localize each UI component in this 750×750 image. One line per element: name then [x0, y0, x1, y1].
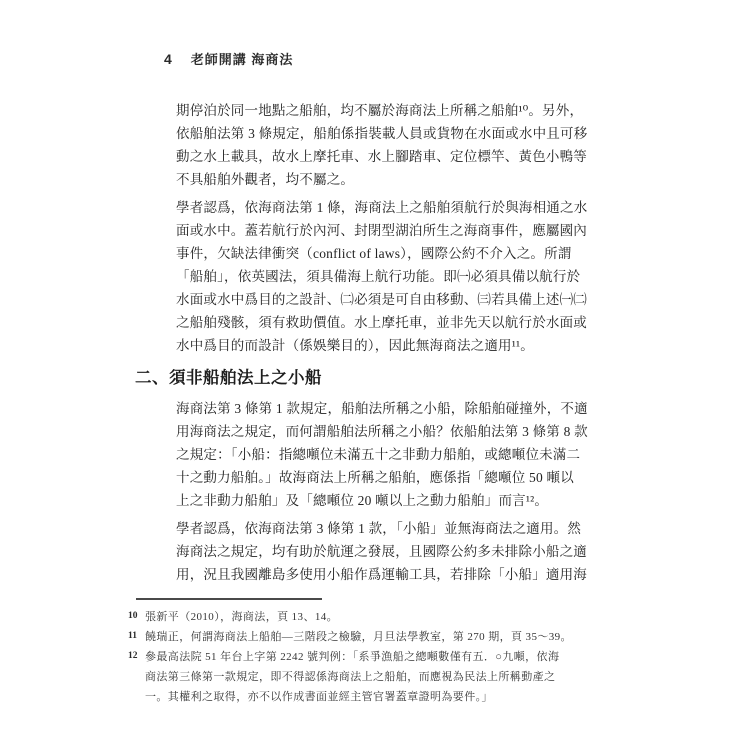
- footnote-line: 參最高法院 51 年台上字第 2242 號判例：「系爭漁船之總噸數僅有五．○九噸…: [145, 647, 633, 667]
- footnote-marker: 10: [128, 607, 145, 625]
- footnote-marker: 12: [128, 647, 145, 665]
- book-title: 老師開講 海商法: [191, 49, 294, 68]
- text-line: 面或水中。蓋若航行於內河、封閉型湖泊所生之海商事件，應屬國內: [176, 219, 582, 242]
- text-line: 用海商法之規定，而何謂船舶法所稱之小船？依船舶法第 3 條第 8 款: [176, 420, 582, 443]
- text-line: 學者認爲，依海商法第 1 條，海商法上之船舶須航行於與海相通之水: [176, 196, 582, 219]
- text-line: 動之水上載具，故水上摩托車、水上腳踏車、定位標竿、黃色小鴨等: [176, 145, 582, 168]
- text-line: 不具船舶外觀者，均不屬之。: [176, 168, 582, 191]
- text-line: 水面或水中爲目的之設計、㈡必須是可自由移動、㈢若具備上述㈠㈡: [176, 288, 582, 311]
- footnote-line: 饒瑞正，何謂海商法上船舶—三階段之檢驗，月旦法學教室，第 270 期，頁 35～…: [145, 627, 633, 647]
- paragraph-4: 學者認爲，依海商法第 3 條第 1 款，「小船」並無海商法之適用。然海商法之規定…: [176, 517, 582, 586]
- paragraph-2: 學者認爲，依海商法第 1 條，海商法上之船舶須航行於與海相通之水面或水中。蓋若航…: [176, 196, 582, 357]
- text-line: 上之非動力船舶」及「總噸位 20 噸以上之動力船舶」而言¹²。: [176, 489, 582, 512]
- footnote-text: 張新平（2010），海商法，頁 13、14。: [145, 607, 633, 627]
- text-line: 水中爲目的而設計（係娛樂目的），因此無海商法之適用¹¹。: [176, 334, 582, 357]
- text-line: 之規定：「小船：指總噸位未滿五十之非動力船舶，或總噸位未滿二: [176, 443, 582, 466]
- text-line: 期停泊於同一地點之船舶，均不屬於海商法上所稱之船舶¹⁰。另外，: [176, 99, 582, 122]
- footnote-item: 10張新平（2010），海商法，頁 13、14。: [128, 607, 633, 627]
- section-heading: 二、須非船舶法上之小船: [135, 365, 582, 391]
- text-line: 事件，欠缺法律衝突（conflict of laws），國際公約不介入之。所謂: [176, 242, 582, 265]
- text-line: 海商法之規定，均有助於航運之發展，且國際公約多未排除小船之適: [176, 540, 582, 563]
- footnote-text: 饒瑞正，何謂海商法上船舶—三階段之檢驗，月旦法學教室，第 270 期，頁 35～…: [145, 627, 633, 647]
- paragraph-1: 期停泊於同一地點之船舶，均不屬於海商法上所稱之船舶¹⁰。另外，依船舶法第 3 條…: [176, 99, 582, 191]
- main-text-column: 期停泊於同一地點之船舶，均不屬於海商法上所稱之船舶¹⁰。另外，依船舶法第 3 條…: [176, 99, 582, 591]
- footnote-line: 商法第三條第一款規定，即不得認係海商法上之船舶，而應視為民法上所稱動產之: [145, 667, 633, 687]
- footnote-line: 張新平（2010），海商法，頁 13、14。: [145, 607, 633, 627]
- text-line: 之船舶殘骸，須有救助價值。水上摩托車，並非先天以航行於水面或: [176, 311, 582, 334]
- page-header: 4 老師開講 海商法: [164, 49, 293, 68]
- footnote-list: 10張新平（2010），海商法，頁 13、14。11饒瑞正，何謂海商法上船舶—三…: [128, 607, 633, 707]
- footnote-marker: 11: [128, 627, 145, 645]
- footnote-item: 12參最高法院 51 年台上字第 2242 號判例：「系爭漁船之總噸數僅有五．○…: [128, 647, 633, 707]
- footnote-text: 參最高法院 51 年台上字第 2242 號判例：「系爭漁船之總噸數僅有五．○九噸…: [145, 647, 633, 707]
- footnote-item: 11饒瑞正，何謂海商法上船舶—三階段之檢驗，月旦法學教室，第 270 期，頁 3…: [128, 627, 633, 647]
- text-line: 「船舶」，依英國法，須具備海上航行功能。即㈠必須具備以航行於: [176, 265, 582, 288]
- page-number: 4: [164, 51, 173, 67]
- footnote-divider: [136, 598, 322, 600]
- footnote-line: 一。其權利之取得，亦不以作成書面並經主管官署蓋章證明為要件。」: [145, 687, 633, 707]
- text-line: 依船舶法第 3 條規定，船舶係指裝載人員或貨物在水面或水中且可移: [176, 122, 582, 145]
- text-line: 學者認爲，依海商法第 3 條第 1 款，「小船」並無海商法之適用。然: [176, 517, 582, 540]
- text-line: 用，況且我國離島多使用小船作爲運輸工具，若排除「小船」適用海: [176, 563, 582, 586]
- footnote-section: 10張新平（2010），海商法，頁 13、14。11饒瑞正，何謂海商法上船舶—三…: [128, 598, 633, 707]
- paragraph-3: 海商法第 3 條第 1 款規定，船舶法所稱之小船，除船舶碰撞外，不適用海商法之規…: [176, 397, 582, 512]
- text-line: 十之動力船舶。」故海商法上所稱之船舶，應係指「總噸位 50 噸以: [176, 466, 582, 489]
- text-line: 海商法第 3 條第 1 款規定，船舶法所稱之小船，除船舶碰撞外，不適: [176, 397, 582, 420]
